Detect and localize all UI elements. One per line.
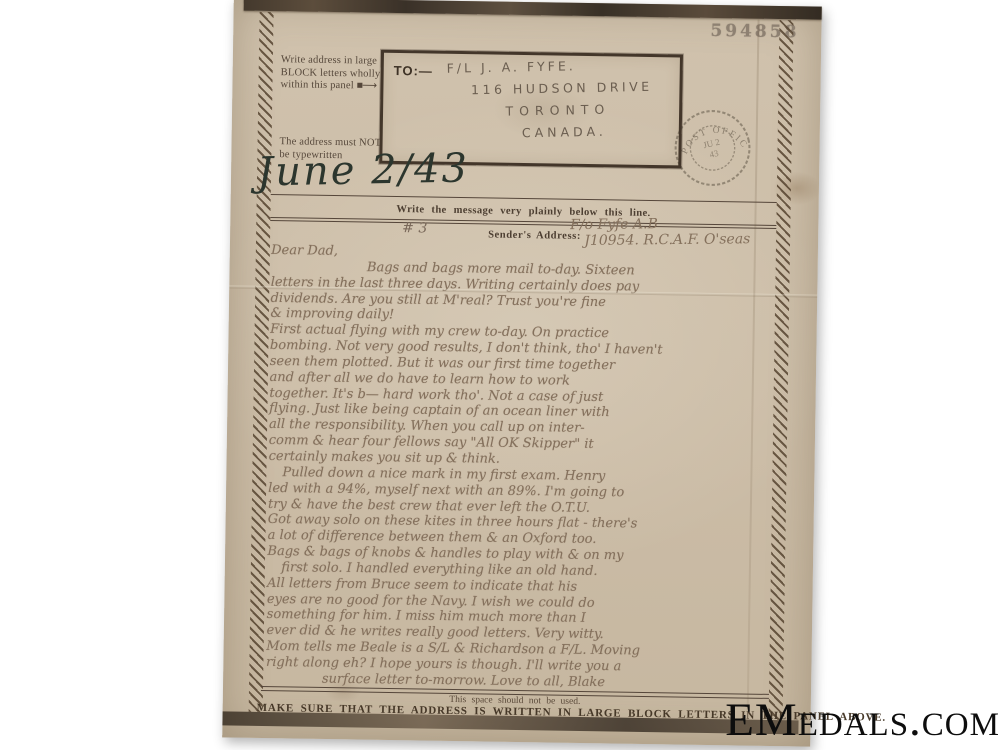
svg-text:43: 43 <box>708 148 720 160</box>
address-line: 116 HUDSON DRIVE <box>471 78 679 97</box>
handwritten-address: F/L J. A. FYFE. 116 HUDSON DRIVE TORONTO… <box>383 56 681 143</box>
photo-background: 594858 Write address in large BLOCK lett… <box>0 0 1000 750</box>
airgraph-form: 594858 Write address in large BLOCK lett… <box>222 0 822 747</box>
paper-top-edge <box>244 0 822 20</box>
page-number: # 3 <box>402 220 427 236</box>
sender-line: F/o Fyfe A.B <box>570 215 750 233</box>
watermark: EMedals.com <box>725 697 1000 744</box>
handwritten-date: June 2/43 <box>257 145 470 195</box>
address-line: F/L J. A. FYFE. <box>447 56 679 75</box>
letter-body: Dear Dad, Bags and bags more mail to-day… <box>266 243 773 693</box>
decorative-border-right <box>769 20 794 720</box>
sender-address-handwriting: F/o Fyfe A.B J10954. R.C.A.F. O'seas <box>570 215 750 249</box>
sender-address-label: Sender's Address: <box>488 229 581 241</box>
address-line: TORONTO <box>505 100 679 118</box>
svg-text:JU 2: JU 2 <box>702 137 721 151</box>
panel-pointer-arrow-icon: ■⟶ <box>357 80 377 91</box>
postmark-stamp: POST OFFICE JU 2 43 <box>663 99 761 197</box>
address-line: CANADA. <box>522 122 680 140</box>
address-instructions: Write address in large BLOCK letters who… <box>280 54 393 93</box>
